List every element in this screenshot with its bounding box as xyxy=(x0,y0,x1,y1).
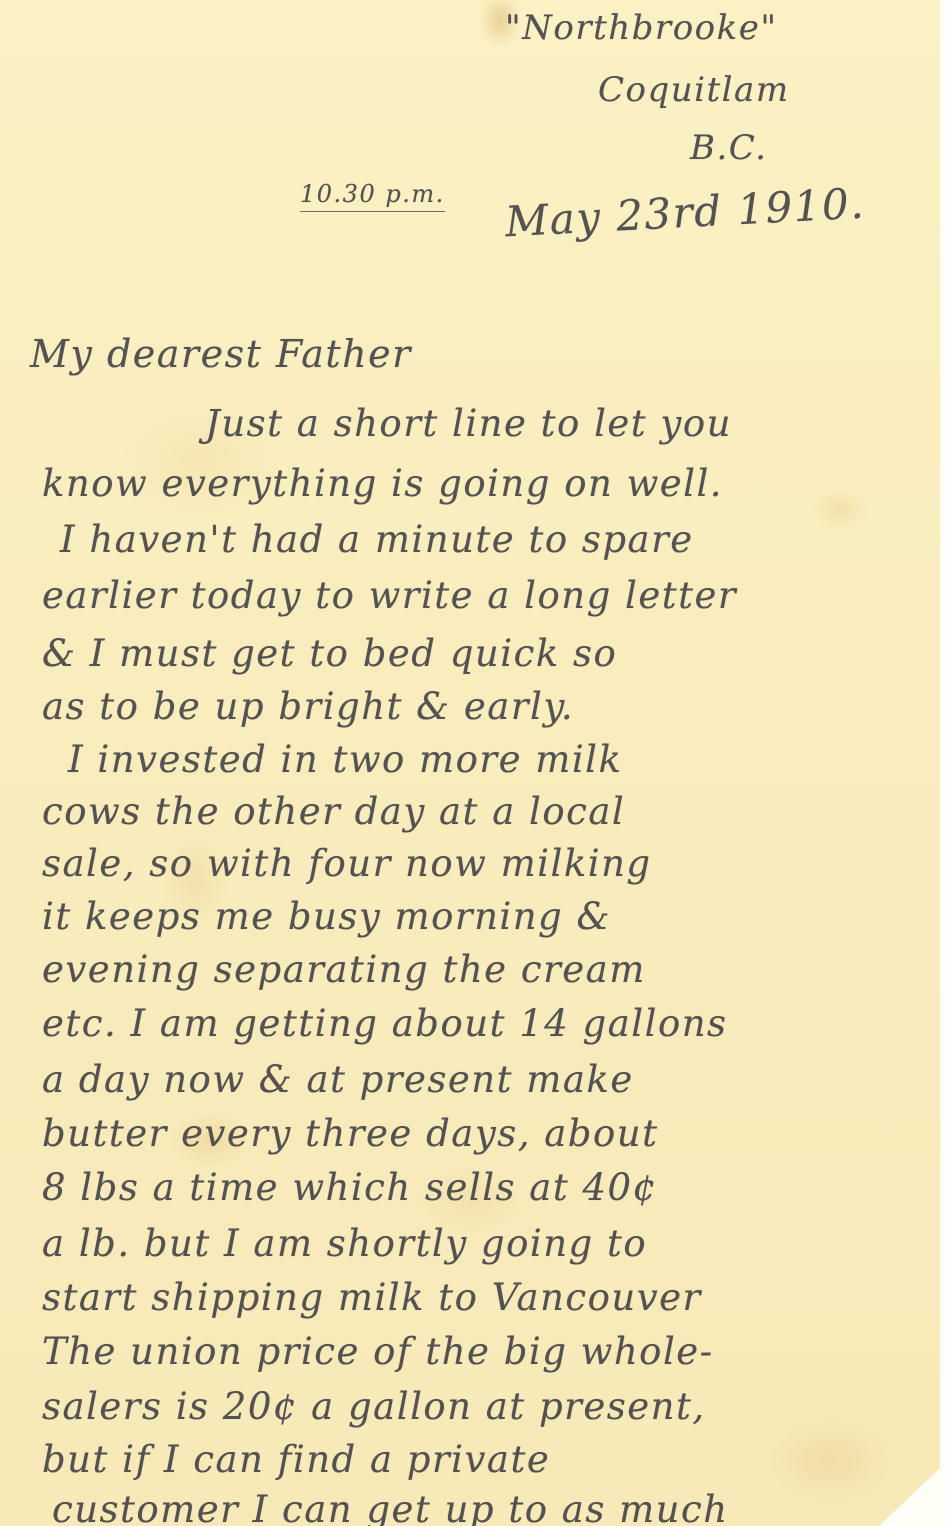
body-line: but if I can find a private xyxy=(42,1438,550,1481)
body-line: start shipping milk to Vancouver xyxy=(42,1276,702,1319)
body-line: earlier today to write a long letter xyxy=(42,574,737,617)
salutation: My dearest Father xyxy=(30,332,412,376)
body-line: etc. I am getting about 14 gallons xyxy=(42,1002,728,1045)
body-line: a lb. but I am shortly going to xyxy=(42,1222,647,1265)
letter-page: "Northbrooke" Coquitlam B.C. 10.30 p.m. … xyxy=(0,0,940,1526)
body-line: I haven't had a minute to spare xyxy=(60,518,694,561)
address-line-province: B.C. xyxy=(690,128,767,168)
body-line: salers is 20¢ a gallon at present, xyxy=(42,1385,706,1428)
body-line: as to be up bright & early. xyxy=(42,685,574,728)
body-line: know everything is going on well. xyxy=(42,462,723,505)
body-line: cows the other day at a local xyxy=(42,790,625,833)
body-line: sale, so with four now milking xyxy=(42,842,652,885)
body-line: Just a short line to let you xyxy=(205,402,732,445)
body-line: The union price of the big whole- xyxy=(42,1330,714,1373)
body-line: customer I can get up to as much xyxy=(52,1488,729,1526)
address-line-city: Coquitlam xyxy=(598,70,790,110)
body-line: & I must get to bed quick so xyxy=(42,632,617,675)
body-line: it keeps me busy morning & xyxy=(42,895,611,938)
body-line: a day now & at present make xyxy=(42,1058,634,1101)
body-line: I invested in two more milk xyxy=(68,738,622,781)
body-line: butter every three days, about xyxy=(42,1112,658,1155)
address-line-house: "Northbrooke" xyxy=(505,8,778,48)
body-line: evening separating the cream xyxy=(42,948,646,991)
letter-time: 10.30 p.m. xyxy=(300,180,445,212)
body-line: 8 lbs a time which sells at 40¢ xyxy=(42,1166,658,1209)
letter-date: May 23rd 1910. xyxy=(504,179,866,247)
